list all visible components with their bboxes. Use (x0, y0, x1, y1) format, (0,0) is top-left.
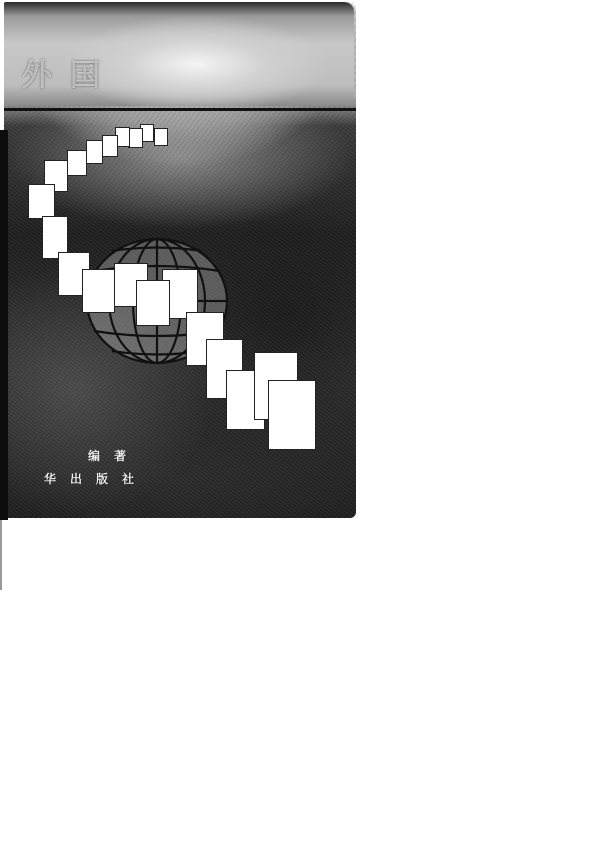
white-card (268, 380, 316, 450)
publisher-name: 华出版社 (44, 470, 148, 487)
title-divider (4, 108, 356, 111)
white-card (102, 135, 118, 157)
white-card (67, 150, 87, 176)
white-card (154, 128, 168, 146)
white-card (82, 269, 115, 313)
white-card (136, 280, 170, 326)
spine-shadow (0, 130, 8, 520)
white-card (128, 128, 143, 148)
author-line: 编著 (88, 447, 140, 464)
book-title: 外国 (22, 50, 118, 94)
scan-edge-mark (0, 520, 2, 590)
white-card (28, 184, 55, 219)
white-card (86, 140, 103, 164)
